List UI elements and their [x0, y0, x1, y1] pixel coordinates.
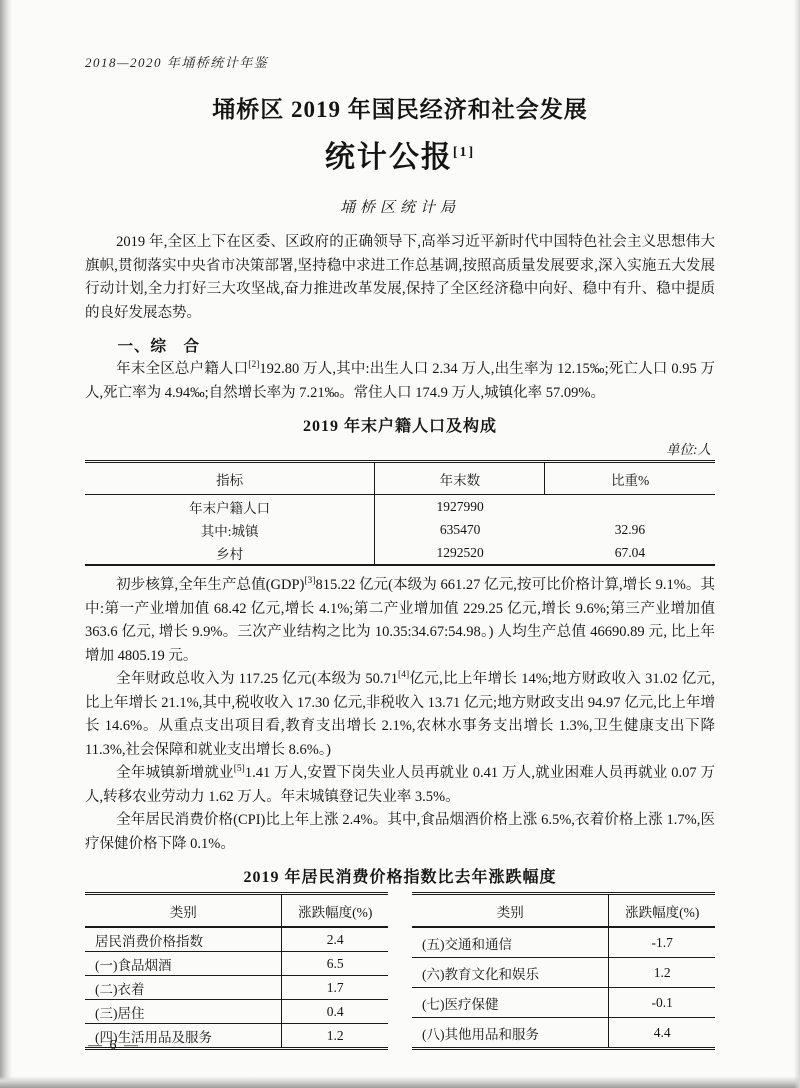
table-row: (五)交通和通信 -1.7: [412, 927, 715, 958]
footnote-ref: [3]: [304, 576, 315, 586]
column-header: 类别: [412, 894, 609, 928]
author-line: 埇桥区统计局: [85, 196, 715, 217]
table-cell: 其中:城镇: [85, 518, 375, 541]
table-cell: (八)其他用品和服务: [412, 1018, 609, 1049]
scan-edge-bottom: [0, 1076, 800, 1088]
section1-heading: 一、综 合: [85, 334, 715, 356]
column-header: 年末数: [375, 462, 545, 495]
column-header: 类别: [85, 894, 282, 928]
table-row: 居民消费价格指数 2.4: [85, 927, 388, 952]
table-cell: 2.4: [282, 927, 388, 952]
table-cell: 32.96: [545, 518, 715, 541]
table-cell: 1.7: [282, 976, 388, 1000]
scan-edge-left: [0, 0, 12, 1088]
page-content: 2018—2020 年埇桥统计年鉴 埇桥区 2019 年国民经济和社会发展 统计…: [85, 0, 715, 1050]
table-header-row: 指标 年末数 比重%: [85, 462, 715, 495]
table-cell: 67.04: [545, 541, 715, 565]
table-cell: 0.4: [282, 1000, 388, 1024]
column-header: 涨跌幅度(%): [609, 894, 715, 928]
table-row: 其中:城镇 635470 32.96: [85, 518, 715, 541]
cpi-table-left: 类别 涨跌幅度(%) 居民消费价格指数 2.4 (一)食品烟酒 6.5 (二)衣…: [85, 892, 388, 1050]
table-row: (八)其他用品和服务 4.4: [412, 1018, 715, 1049]
table-row: (二)衣着 1.7: [85, 976, 388, 1000]
document-page: 2018—2020 年埇桥统计年鉴 埇桥区 2019 年国民经济和社会发展 统计…: [0, 0, 800, 1088]
footnote-ref: [2]: [248, 360, 259, 370]
intro-paragraph: 2019 年,全区上下在区委、区政府的正确领导下,高举习近平新时代中国特色社会主…: [85, 231, 715, 325]
paragraph-text: 初步核算,全年生产总值(GDP): [116, 577, 304, 593]
page-title-line2: 统计公报[1]: [85, 132, 715, 176]
table-cell: 1.2: [609, 958, 715, 988]
cpi-table-right: 类别 涨跌幅度(%) (五)交通和通信 -1.7 (六)教育文化和娱乐 1.2 …: [412, 892, 715, 1050]
footnote-ref: [4]: [398, 670, 409, 680]
table-row: (七)医疗保健 -0.1: [412, 988, 715, 1018]
table-row: (六)教育文化和娱乐 1.2: [412, 958, 715, 988]
table-cell: (一)食品烟酒: [85, 952, 282, 976]
table-cell: -1.7: [609, 927, 715, 958]
page-title-line1: 埇桥区 2019 年国民经济和社会发展: [85, 91, 715, 124]
table-cell: 居民消费价格指数: [85, 927, 282, 952]
employment-paragraph: 全年城镇新增就业[5]1.41 万人,安置下岗失业人员再就业 0.41 万人,就…: [85, 762, 715, 809]
column-header: 涨跌幅度(%): [282, 894, 388, 928]
column-header: 比重%: [545, 462, 715, 495]
table-cell: (七)医疗保健: [412, 988, 609, 1018]
population-table-title: 2019 年末户籍人口及构成: [85, 413, 715, 436]
title-footnote-ref: [1]: [453, 145, 475, 160]
scan-edge-right: [794, 0, 800, 1088]
page-number: — 6 —: [88, 1038, 140, 1054]
table-row: (一)食品烟酒 6.5: [85, 952, 388, 976]
table-cell: 1927990: [375, 495, 545, 519]
table-row: 年末户籍人口 1927990: [85, 495, 715, 519]
table-row: (三)居住 0.4: [85, 1000, 388, 1024]
table-cell: (三)居住: [85, 1000, 282, 1024]
table-cell: 年末户籍人口: [85, 495, 375, 519]
table-header-row: 类别 涨跌幅度(%): [85, 894, 388, 928]
table-header-row: 类别 涨跌幅度(%): [412, 894, 715, 928]
table-cell: 1292520: [375, 541, 545, 565]
paragraph-text: 全年财政总收入为 117.25 亿元(本级为 50.71: [116, 671, 398, 687]
population-table: 指标 年末数 比重% 年末户籍人口 1927990 其中:城镇 635470 3…: [85, 460, 715, 566]
column-header: 指标: [85, 462, 375, 495]
table-cell: (六)教育文化和娱乐: [412, 958, 609, 988]
table-cell: 乡村: [85, 541, 375, 565]
page-title-line2-text: 统计公报: [325, 141, 453, 174]
table-cell: -0.1: [609, 988, 715, 1018]
cpi-paragraph: 全年居民消费价格(CPI)比上年上涨 2.4%。其中,食品烟酒价格上涨 6.5%…: [85, 809, 715, 856]
running-head: 2018—2020 年埇桥统计年鉴: [85, 52, 715, 71]
fiscal-paragraph: 全年财政总收入为 117.25 亿元(本级为 50.71[4]亿元,比上年增长 …: [85, 668, 715, 762]
table-row: 乡村 1292520 67.04: [85, 541, 715, 565]
paragraph-text: 年末全区总户籍人口: [116, 361, 248, 377]
table-cell: 6.5: [282, 952, 388, 976]
cpi-tables-group: 类别 涨跌幅度(%) 居民消费价格指数 2.4 (一)食品烟酒 6.5 (二)衣…: [85, 892, 715, 1050]
table-cell: [545, 495, 715, 519]
cpi-table-title: 2019 年居民消费价格指数比去年涨跌幅度: [85, 864, 715, 887]
table-cell: 4.4: [609, 1018, 715, 1049]
gdp-paragraph: 初步核算,全年生产总值(GDP)[3]815.22 亿元(本级为 661.27 …: [85, 574, 715, 668]
table-cell: (五)交通和通信: [412, 927, 609, 958]
table-cell: 635470: [375, 518, 545, 541]
table-cell: (二)衣着: [85, 976, 282, 1000]
paragraph-text: 全年城镇新增就业: [116, 765, 234, 781]
population-paragraph: 年末全区总户籍人口[2]192.80 万人,其中:出生人口 2.34 万人,出生…: [85, 358, 715, 405]
footnote-ref: [5]: [234, 764, 245, 774]
population-table-unit: 单位:人: [85, 438, 715, 458]
table-cell: 1.2: [282, 1024, 388, 1049]
